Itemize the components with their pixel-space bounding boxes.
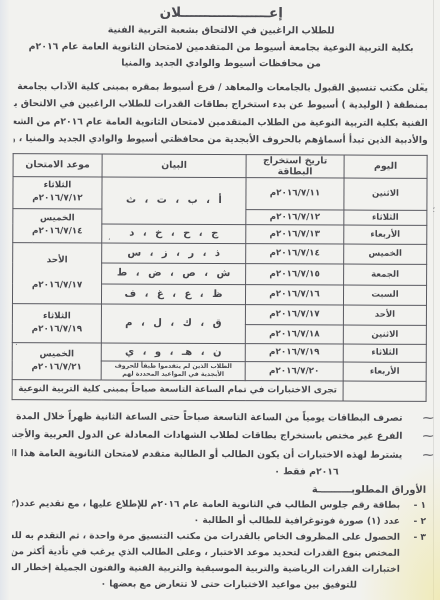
table-footer-note: تجرى الاختبارات في تمام الساعة التاسعة ص… [12, 379, 343, 400]
card-date-cell: ٢٠١٦/٧/١٧م [245, 304, 343, 324]
card-date-cell: ٢٠١٦/٧/١٦م [245, 284, 343, 304]
table-row: الثلاثاء ٢٠١٦/٧/١٩م ن ، هـ ، و ، ي الخمي… [12, 342, 426, 362]
item-line: للتوفيق بين مواعيد الاختبارات حتى لا تتع… [12, 576, 400, 594]
item-number: ١ - [400, 498, 426, 514]
note-continuation: ٢٠١٦م فقط ٠ [12, 463, 426, 480]
note-text: تصرف البطاقات يومياً من الساعة التاسعة ص… [12, 408, 402, 428]
day-cell: الأربعاء [343, 362, 426, 381]
header-day: اليوم [344, 155, 427, 178]
tilde-bullet-icon: ~ [394, 409, 435, 428]
item-line: الحصول على المظروف الخاص بالقدرات من مكت… [12, 528, 400, 546]
exam-date-cell: الثلاثاء ٢٠١٦/٧/١٩م [12, 303, 101, 342]
header-card-date: تاريخ استخراج البطاقة [246, 154, 344, 177]
required-documents-heading: الأوراق المطلوبــــــــــة [12, 483, 426, 496]
document-item: ١ - بطاقة رقم جلوس الطالب في الثانوية ال… [12, 496, 426, 514]
announcement-subtitles: للطلاب الراغبين في الالتحاق بشعبة التربي… [14, 22, 428, 73]
exam-day: الأحد [13, 254, 101, 267]
day-cell: الأربعاء [344, 225, 427, 244]
subtitle-line: من محافظات أسيوط والوادي الجديد والمنيا [14, 55, 428, 73]
intro-line: يعلن مكتب تنسيق القبول بالجامعات والمعاه… [14, 78, 428, 97]
note-item: ~ يشترط لهذه الاختبارات أن يكون الطالب أ… [12, 445, 426, 465]
exam-day: الخميس [13, 348, 101, 361]
card-date-cell: ٢٠١٦/٧/١٨م [245, 324, 343, 343]
card-date-cell: ٢٠١٦/٧/١٣م [246, 224, 344, 243]
note-item: ~ تصرف البطاقات يومياً من الساعة التاسعة… [12, 408, 426, 428]
item-line: المختص بنوع القدرات لتحديد موعد الاختبار… [12, 544, 400, 562]
item-line: اختبارات القدرات الرياضية والتربية الموس… [12, 560, 400, 578]
table-header-row: اليوم تاريخ استخراج البطاقة البيان موعد … [13, 153, 427, 178]
statement-cell: ق ، ك ، ل ، م [101, 303, 245, 343]
exam-date: ٢٠١٦/٧/١٧م [13, 279, 101, 292]
scan-speck: ٠ [14, 340, 19, 350]
announcement-title: إعـــــــــــــــــــلان [14, 3, 428, 24]
item-body: بطاقة رقم جلوس الطالب في الثانوية العامة… [12, 496, 400, 514]
intro-line: والأدبية الذين تبدأ أسماؤهم بالحروف الأب… [14, 130, 428, 149]
day-cell: الاثنين [344, 178, 427, 210]
table-footer-row: تجرى الاختبارات في تمام الساعة التاسعة ص… [12, 379, 426, 401]
subtitle-line: للطلاب الراغبين في الالتحاق بشعبة التربي… [14, 22, 428, 40]
required-documents-list: ١ - بطاقة رقم جلوس الطالب في الثانوية ال… [12, 496, 426, 594]
tilde-bullet-icon: ~ [394, 428, 435, 447]
table-row: الخميس ٢٠١٦/٧/١٤م ذ ، ر ، ز ، س الأحد ٢٠… [13, 242, 427, 264]
intro-line: بمنطقة ( الوليدية ) أسيوط عن بدء استخراج… [14, 95, 428, 114]
scan-speck: " [421, 82, 424, 90]
day-cell: الاثنين [343, 325, 426, 344]
exam-date-cell: الخميس ٢٠١٦/٧/٢١م [12, 342, 101, 379]
exam-day: الثلاثاء [13, 310, 101, 323]
statement-note-cell: الطلاب الذين لم يتقدموا طبقاً للحروف الأ… [101, 360, 245, 380]
intro-line: الفنية بكلية التربية النوعية من الطلاب ا… [14, 113, 428, 132]
exam-date-cell: الخميس ٢٠١٦/٧/١٤م [13, 208, 102, 242]
scan-speck: ، [108, 233, 111, 242]
document-item: ٢ - عدد (١) صورة فوتوغرافية للطالب أو ال… [12, 512, 426, 530]
day-cell: الثلاثاء [343, 344, 426, 362]
note-text: الفرع غير مختص باستخراج بطاقات لطلاب الش… [12, 426, 402, 446]
document-item: ٣ - الحصول على المظروف الخاص بالقدرات من… [12, 528, 426, 594]
statement-cell: ن ، هـ ، و ، ي [101, 342, 245, 361]
table-row: الاثنين ٢٠١٦/٧/١١م أ ، ب ، ت ، ث الثلاثا… [13, 176, 427, 210]
document-page: إعـــــــــــــــــــلان للطلاب الراغبين… [0, 0, 440, 600]
table-row: الأحد ٢٠١٦/٧/١٧م ق ، ك ، ل ، م الثلاثاء … [12, 303, 426, 325]
item-body: الحصول على المظروف الخاص بالقدرات من مكت… [12, 528, 400, 594]
item-body: عدد (١) صورة فوتوغرافية للطالب أو الطالب… [12, 512, 400, 530]
day-cell: السبت [343, 285, 426, 305]
header-statement: البيان [102, 153, 246, 177]
scan-speck: ٠ [30, 238, 35, 248]
card-date-cell: ٢٠١٦/٧/١٢م [246, 209, 344, 224]
card-date-cell: ٢٠١٦/٧/١١م [246, 177, 344, 209]
statement-cell: ذ ، ر ، ز ، س [102, 242, 246, 263]
notes-list: ~ تصرف البطاقات يومياً من الساعة التاسعة… [12, 408, 426, 480]
day-cell: الأحد [343, 305, 426, 325]
statement-cell: أ ، ب ، ت ، ث [102, 176, 246, 224]
tilde-bullet-icon: ~ [394, 446, 435, 465]
exam-date: ٢٠١٦/٧/١٢م [13, 192, 101, 205]
scan-speck: ؛ [432, 205, 435, 214]
card-date-cell: ٢٠١٦/٧/١٥م [246, 263, 344, 284]
item-line: بطاقة رقم جلوس الطالب في الثانوية العامة… [12, 496, 400, 514]
exam-day: الخميس [13, 212, 101, 225]
subtitle-line: بكلية التربية النوعية بجامعة أسيوط من ال… [14, 39, 428, 57]
exam-date-cell: الثلاثاء ٢٠١٦/٧/١٢م [13, 176, 102, 208]
header-exam-date: موعد الامتحان [13, 153, 102, 176]
item-number: ٣ - [400, 530, 426, 594]
card-date-cell: ٢٠١٦/٧/١٤م [246, 243, 344, 263]
exam-date: ٢٠١٦/٧/٢١م [13, 361, 101, 374]
scanned-announcement-document: { "colors": { "paper": "#f2f2ef", "ink":… [0, 0, 440, 600]
exam-day: الثلاثاء [13, 179, 101, 192]
statement-cell: ج ، ح ، خ ، د [102, 223, 246, 243]
day-cell: الجمعة [344, 264, 427, 285]
item-line: عدد (١) صورة فوتوغرافية للطالب أو الطالب… [12, 512, 400, 530]
note-text: يشترط لهذه الاختبارات أن يكون الطالب أو … [12, 445, 402, 465]
footer-empty-cell [343, 381, 426, 401]
note-item: ~ الفرع غير مختص باستخراج بطاقات لطلاب ا… [12, 426, 426, 446]
schedule-table: اليوم تاريخ استخراج البطاقة البيان موعد … [12, 153, 428, 402]
item-number: ٢ - [400, 514, 426, 530]
statement-cell: ش ، ص ، ض ، ط [102, 262, 246, 284]
card-date-cell: ٢٠١٦/٧/٢٠م [245, 361, 343, 380]
day-cell: الخميس [344, 244, 427, 264]
exam-date: ٢٠١٦/٧/١٩م [13, 323, 101, 336]
statement-cell: ظ ، ع ، غ ، ف [101, 283, 245, 304]
exam-date-cell: الأحد ٢٠١٦/٧/١٧م [12, 242, 101, 303]
day-cell: الثلاثاء [344, 210, 427, 225]
intro-paragraph: يعلن مكتب تنسيق القبول بالجامعات والمعاه… [14, 78, 428, 150]
card-date-cell: ٢٠١٦/٧/١٩م [245, 343, 343, 361]
exam-date: ٢٠١٦/٧/١٤م [13, 225, 101, 238]
